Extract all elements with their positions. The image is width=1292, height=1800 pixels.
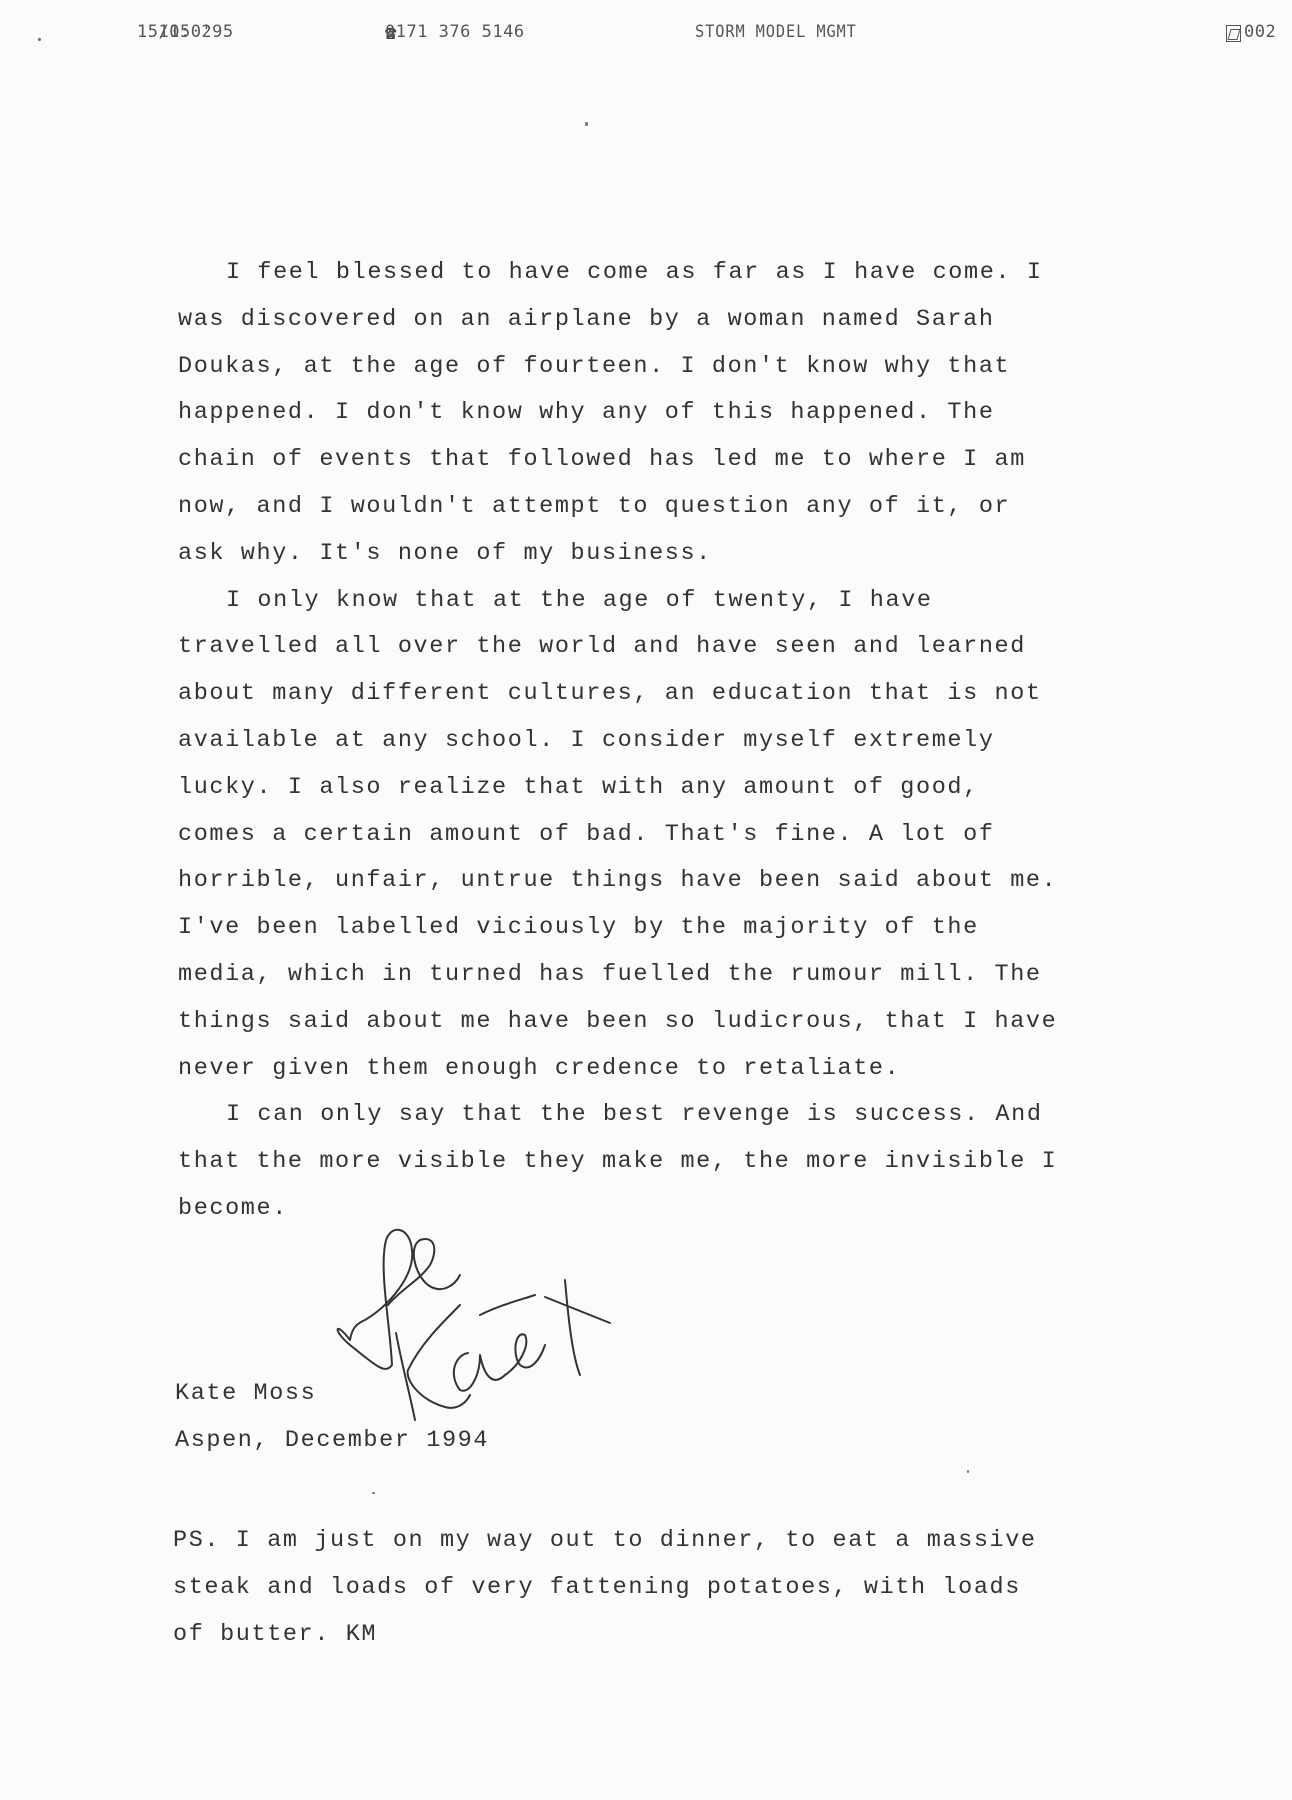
letter-body: I feel blessed to have come as far as I … (178, 250, 1118, 1233)
scan-speck (38, 38, 41, 41)
scan-speck (967, 1470, 969, 1473)
text-line: was discovered on an airplane by a woman… (178, 297, 1118, 344)
text-line: travelled all over the world and have se… (178, 624, 1118, 671)
text-line: available at any school. I consider myse… (178, 718, 1118, 765)
text-line: PS. I am just on my way out to dinner, t… (173, 1518, 1123, 1565)
signoff-place-date: Aspen, December 1994 (175, 1417, 489, 1464)
paragraph-3: I can only say that the best revenge is … (178, 1092, 1118, 1232)
text-line: of butter. KM (173, 1612, 1123, 1659)
fax-header: 15/05 '95 11:02 ☎0171 376 5146 STORM MOD… (0, 22, 1292, 52)
text-line: ask why. It's none of my business. (178, 531, 1118, 578)
text-line: I feel blessed to have come as far as I … (178, 250, 1118, 297)
postscript: PS. I am just on my way out to dinner, t… (173, 1518, 1123, 1658)
text-line: happened. I don't know why any of this h… (178, 390, 1118, 437)
text-line: things said about me have been so ludicr… (178, 999, 1118, 1046)
paragraph-2: I only know that at the age of twenty, I… (178, 578, 1118, 1093)
fax-phone-number: 0171 376 5146 (385, 22, 525, 42)
text-line: I can only say that the best revenge is … (178, 1092, 1118, 1139)
signoff-name: Kate Moss (175, 1370, 489, 1417)
text-line: now, and I wouldn't attempt to question … (178, 484, 1118, 531)
scan-speck (585, 122, 588, 126)
fax-page-number: 002 (1244, 22, 1276, 42)
text-line: never given them enough credence to reta… (178, 1046, 1118, 1093)
text-line: become. (178, 1186, 1118, 1233)
fax-page: 002 (1226, 22, 1244, 44)
text-line: lucky. I also realize that with any amou… (178, 765, 1118, 812)
text-line: about many different cultures, an educat… (178, 671, 1118, 718)
scan-speck (372, 1492, 375, 1494)
signoff: Kate Moss Aspen, December 1994 (175, 1370, 489, 1464)
text-line: I've been labelled viciously by the majo… (178, 905, 1118, 952)
text-line: comes a certain amount of bad. That's fi… (178, 812, 1118, 859)
text-line: that the more visible they make me, the … (178, 1139, 1118, 1186)
text-line: media, which in turned has fuelled the r… (178, 952, 1118, 999)
paragraph-1: I feel blessed to have come as far as I … (178, 250, 1118, 578)
fax-time: 11:02 (158, 22, 212, 42)
text-line: steak and loads of very fattening potato… (173, 1565, 1123, 1612)
text-line: chain of events that followed has led me… (178, 437, 1118, 484)
fax-date-time: 15/05 '95 11:02 (137, 22, 158, 42)
text-line: Doukas, at the age of fourteen. I don't … (178, 344, 1118, 391)
fax-page-icon (1226, 25, 1241, 42)
text-line: horrible, unfair, untrue things have bee… (178, 858, 1118, 905)
text-line: I only know that at the age of twenty, I… (178, 578, 1118, 625)
fax-sender: STORM MODEL MGMT (695, 22, 857, 42)
